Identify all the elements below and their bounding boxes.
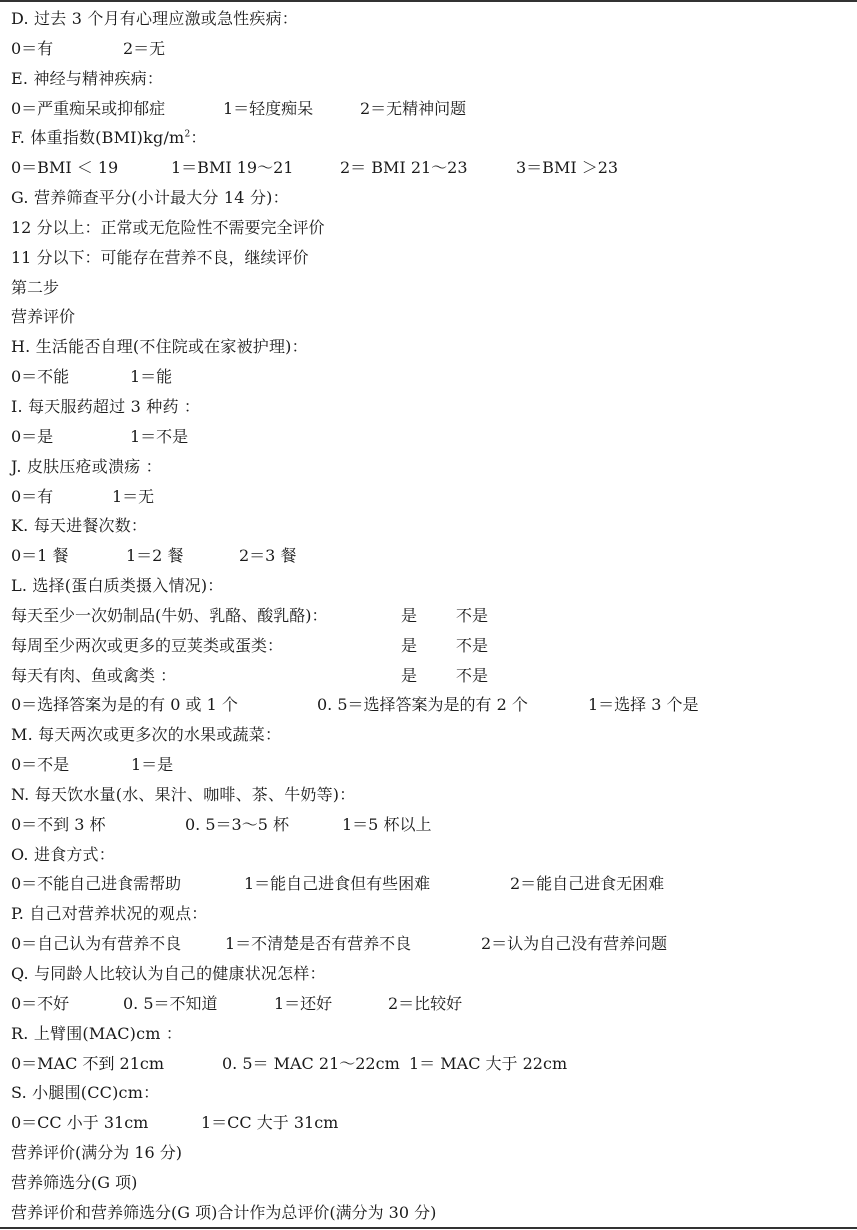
score-option: 1＝是: [131, 750, 173, 780]
section-heading: 第二步: [11, 273, 851, 303]
protein-choice-row: 每周至少两次或更多的豆荚类或蛋类：是不是: [11, 631, 851, 661]
question-label: K. 每天进餐次数：: [11, 511, 851, 541]
option-row: 0＝不能自己进食需帮助1＝能自己进食但有些困难2＝能自己进食无困难: [11, 869, 851, 899]
score-option: 1＝CC 大于 31cm: [201, 1108, 338, 1138]
option-row: 0＝自己认为有营养不良1＝不清楚是否有营养不良2＝认为自己没有营养问题: [11, 929, 851, 959]
score-option: 0＝MAC 不到 21cm: [11, 1049, 164, 1079]
top-rule: [0, 0, 857, 2]
text-line: 营养评价和营养筛选分(G 项)合计作为总评价(满分为 30 分): [11, 1198, 851, 1228]
score-option: 2＝无精神问题: [360, 94, 466, 124]
score-option: 2＝能自己进食无困难: [510, 869, 664, 899]
question-label: G. 营养筛查平分(小计最大分 14 分)：: [11, 183, 851, 213]
score-option: 0. 5＝3～5 杯: [185, 810, 289, 840]
score-option: 1＝无: [112, 482, 154, 512]
score-option: 0. 5＝选择答案为是的有 2 个: [317, 690, 528, 720]
score-option: 0＝不是: [11, 750, 69, 780]
option-row: 0＝CC 小于 31cm1＝CC 大于 31cm: [11, 1108, 851, 1138]
question-label: Q. 与同龄人比较认为自己的健康状况怎样：: [11, 959, 851, 989]
question-label: J. 皮肤压疮或溃疡 ：: [11, 452, 851, 482]
score-option: 2＝无: [123, 34, 165, 64]
choice-no: 不是: [456, 601, 488, 631]
text-line: 12 分以上：正常或无危险性不需要完全评价: [11, 213, 851, 243]
option-row: 0＝有1＝无: [11, 482, 851, 512]
score-option: 1＝还好: [274, 989, 332, 1019]
option-row: 0＝不是1＝是: [11, 750, 851, 780]
question-label: O. 进食方式：: [11, 840, 851, 870]
option-row: 0＝BMI ＜ 191＝BMI 19～212＝ BMI 21～233＝BMI ＞…: [11, 153, 851, 183]
score-option: 0＝CC 小于 31cm: [11, 1108, 148, 1138]
question-label: E. 神经与精神疾病：: [11, 64, 851, 94]
score-option: 0. 5＝不知道: [123, 989, 218, 1019]
score-option: 1＝2 餐: [126, 541, 183, 571]
option-row: 0＝是1＝不是: [11, 422, 851, 452]
choice-no: 不是: [456, 631, 488, 661]
questionnaire-document: D. 过去 3 个月有心理应激或急性疾病：0＝有2＝无E. 神经与精神疾病：0＝…: [11, 4, 851, 1228]
score-option: 2＝认为自己没有营养问题: [481, 929, 667, 959]
text-line: 营养评价(满分为 16 分): [11, 1138, 851, 1168]
question-label: F. 体重指数(BMI)kg/m2：: [11, 123, 851, 153]
score-option: 2＝比较好: [388, 989, 462, 1019]
option-row: 0＝不到 3 杯0. 5＝3～5 杯1＝5 杯以上: [11, 810, 851, 840]
score-option: 0＝不能: [11, 362, 69, 392]
protein-choice-row: 每天有肉、鱼或禽类 ：是不是: [11, 661, 851, 691]
score-option: 0＝严重痴呆或抑郁症: [11, 94, 165, 124]
score-option: 0＝不好: [11, 989, 69, 1019]
choice-no: 不是: [456, 661, 488, 691]
question-text: F. 体重指数(BMI)kg/m: [11, 128, 184, 147]
score-option: 1＝能自己进食但有些困难: [244, 869, 430, 899]
option-row: 0＝不能1＝能: [11, 362, 851, 392]
score-option: 0＝1 餐: [11, 541, 68, 571]
score-option: 0＝不到 3 杯: [11, 810, 106, 840]
score-option: 1＝能: [130, 362, 172, 392]
choice-yes: 是: [401, 631, 417, 661]
question-label: D. 过去 3 个月有心理应激或急性疾病：: [11, 4, 851, 34]
choice-question: 每天至少一次奶制品(牛奶、乳酪、酸乳酪)：: [11, 606, 328, 625]
option-row: 0＝1 餐1＝2 餐2＝3 餐: [11, 541, 851, 571]
question-label: R. 上臂围(MAC)cm ：: [11, 1019, 851, 1049]
choice-yes: 是: [401, 601, 417, 631]
score-option: 0＝不能自己进食需帮助: [11, 869, 181, 899]
score-option: 1＝不是: [130, 422, 188, 452]
option-row: 0＝有2＝无: [11, 34, 851, 64]
score-option: 1＝轻度痴呆: [223, 94, 313, 124]
option-row: 0＝MAC 不到 21cm0. 5＝ MAC 21～22cm1＝ MAC 大于 …: [11, 1049, 851, 1079]
choice-question: 每天有肉、鱼或禽类 ：: [11, 666, 176, 685]
score-option: 0＝自己认为有营养不良: [11, 929, 181, 959]
text-line: 11 分以下：可能存在营养不良，继续评价: [11, 243, 851, 273]
score-option: 2＝ BMI 21～23: [340, 153, 468, 183]
score-option: 0＝有: [11, 482, 53, 512]
score-option: 1＝不清楚是否有营养不良: [225, 929, 411, 959]
question-colon: ：: [190, 128, 206, 147]
question-label: P. 自己对营养状况的观点：: [11, 899, 851, 929]
text-line: 营养筛选分(G 项): [11, 1168, 851, 1198]
question-label: H. 生活能否自理(不住院或在家被护理)：: [11, 332, 851, 362]
choice-question: 每周至少两次或更多的豆荚类或蛋类：: [11, 636, 283, 655]
score-option: 1＝ MAC 大于 22cm: [409, 1049, 567, 1079]
question-label: S. 小腿围(CC)cm：: [11, 1078, 851, 1108]
score-option: 3＝BMI ＞23: [516, 153, 618, 183]
option-row: 0＝不好0. 5＝不知道1＝还好2＝比较好: [11, 989, 851, 1019]
question-label: N. 每天饮水量(水、果汁、咖啡、茶、牛奶等)：: [11, 780, 851, 810]
choice-yes: 是: [401, 661, 417, 691]
score-option: 0＝BMI ＜ 19: [11, 153, 118, 183]
option-row: 0＝选择答案为是的有 0 或 1 个0. 5＝选择答案为是的有 2 个1＝选择 …: [11, 690, 851, 720]
section-heading: 营养评价: [11, 302, 851, 332]
score-option: 0＝有: [11, 34, 53, 64]
score-option: 0＝选择答案为是的有 0 或 1 个: [11, 690, 238, 720]
score-option: 1＝选择 3 个是: [588, 690, 699, 720]
score-option: 0＝是: [11, 422, 53, 452]
bottom-rule: [0, 1227, 857, 1229]
protein-choice-row: 每天至少一次奶制品(牛奶、乳酪、酸乳酪)：是不是: [11, 601, 851, 631]
question-label: M. 每天两次或更多次的水果或蔬菜：: [11, 720, 851, 750]
question-label: I. 每天服药超过 3 种药 ：: [11, 392, 851, 422]
score-option: 2＝3 餐: [239, 541, 296, 571]
score-option: 1＝BMI 19～21: [171, 153, 293, 183]
option-row: 0＝严重痴呆或抑郁症1＝轻度痴呆2＝无精神问题: [11, 94, 851, 124]
score-option: 1＝5 杯以上: [342, 810, 431, 840]
question-label: L. 选择(蛋白质类摄入情况)：: [11, 571, 851, 601]
score-option: 0. 5＝ MAC 21～22cm: [222, 1049, 400, 1079]
